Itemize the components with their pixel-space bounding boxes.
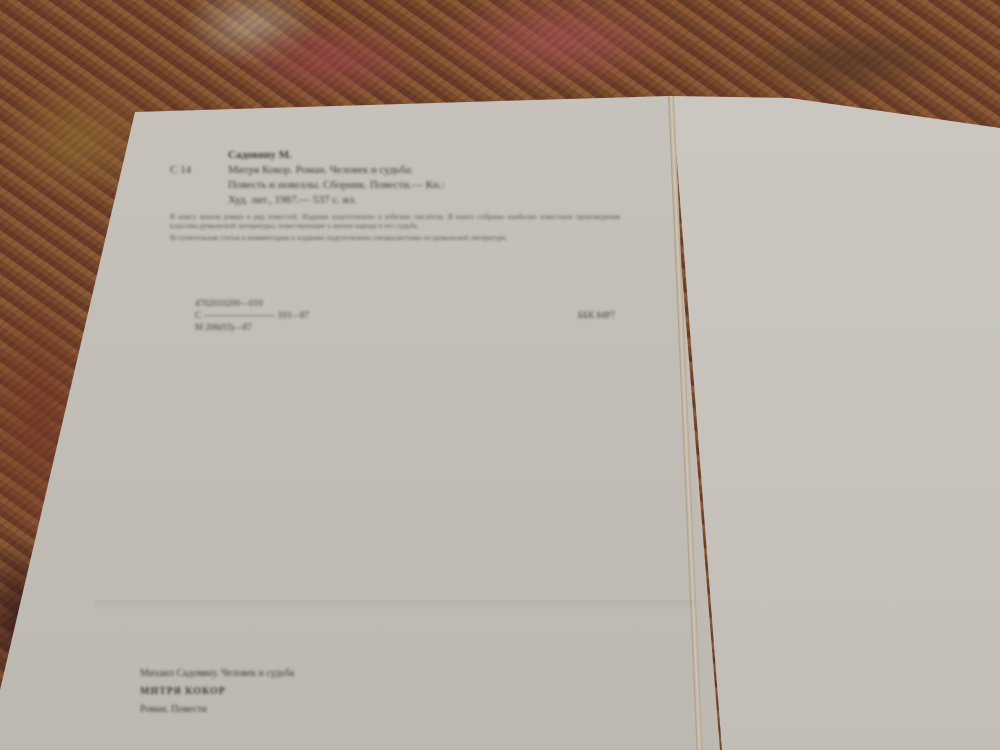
classification-line-3: М 206(03)—87 — [195, 321, 615, 333]
classification-block: 4702010200—010 С ———————— 103—87 ББК 84Р… — [195, 297, 615, 333]
colophon-code: С 14 — [170, 163, 191, 178]
colophon-annotation-2: Вступительная статья и комментарии к изд… — [170, 233, 620, 242]
colophon-bib-line-3: Худ. лит., 1987.— 537 с. ил. — [228, 193, 620, 208]
title-line-2: МИТРЯ КОКОР — [140, 683, 294, 701]
colophon-author: Садовяну М. — [228, 148, 620, 163]
bbk-code: ББК 84Р7 — [578, 309, 615, 321]
classification-line-2: С ———————— 103—87 — [195, 309, 309, 321]
title-block: Михаил Садовяну. Человек и судьба МИТРЯ … — [140, 665, 294, 719]
title-line-3: Роман. Повести — [140, 701, 294, 719]
colophon-annotation: В книгу вошли роман и ряд повестей. Изда… — [170, 212, 620, 230]
classification-line-1: 4702010200—010 — [195, 297, 615, 309]
page-crease — [95, 600, 695, 610]
colophon: Садовяну М. С 14 Митря Кокор. Роман. Чел… — [170, 148, 620, 242]
title-line-1: Михаил Садовяну. Человек и судьба — [140, 665, 294, 683]
colophon-bib-line-2: Повесть и новеллы. Сборник. Повести.— Кн… — [228, 178, 620, 193]
colophon-bib-line-1: Митря Кокор. Роман. Человек и судьба: — [228, 163, 620, 178]
